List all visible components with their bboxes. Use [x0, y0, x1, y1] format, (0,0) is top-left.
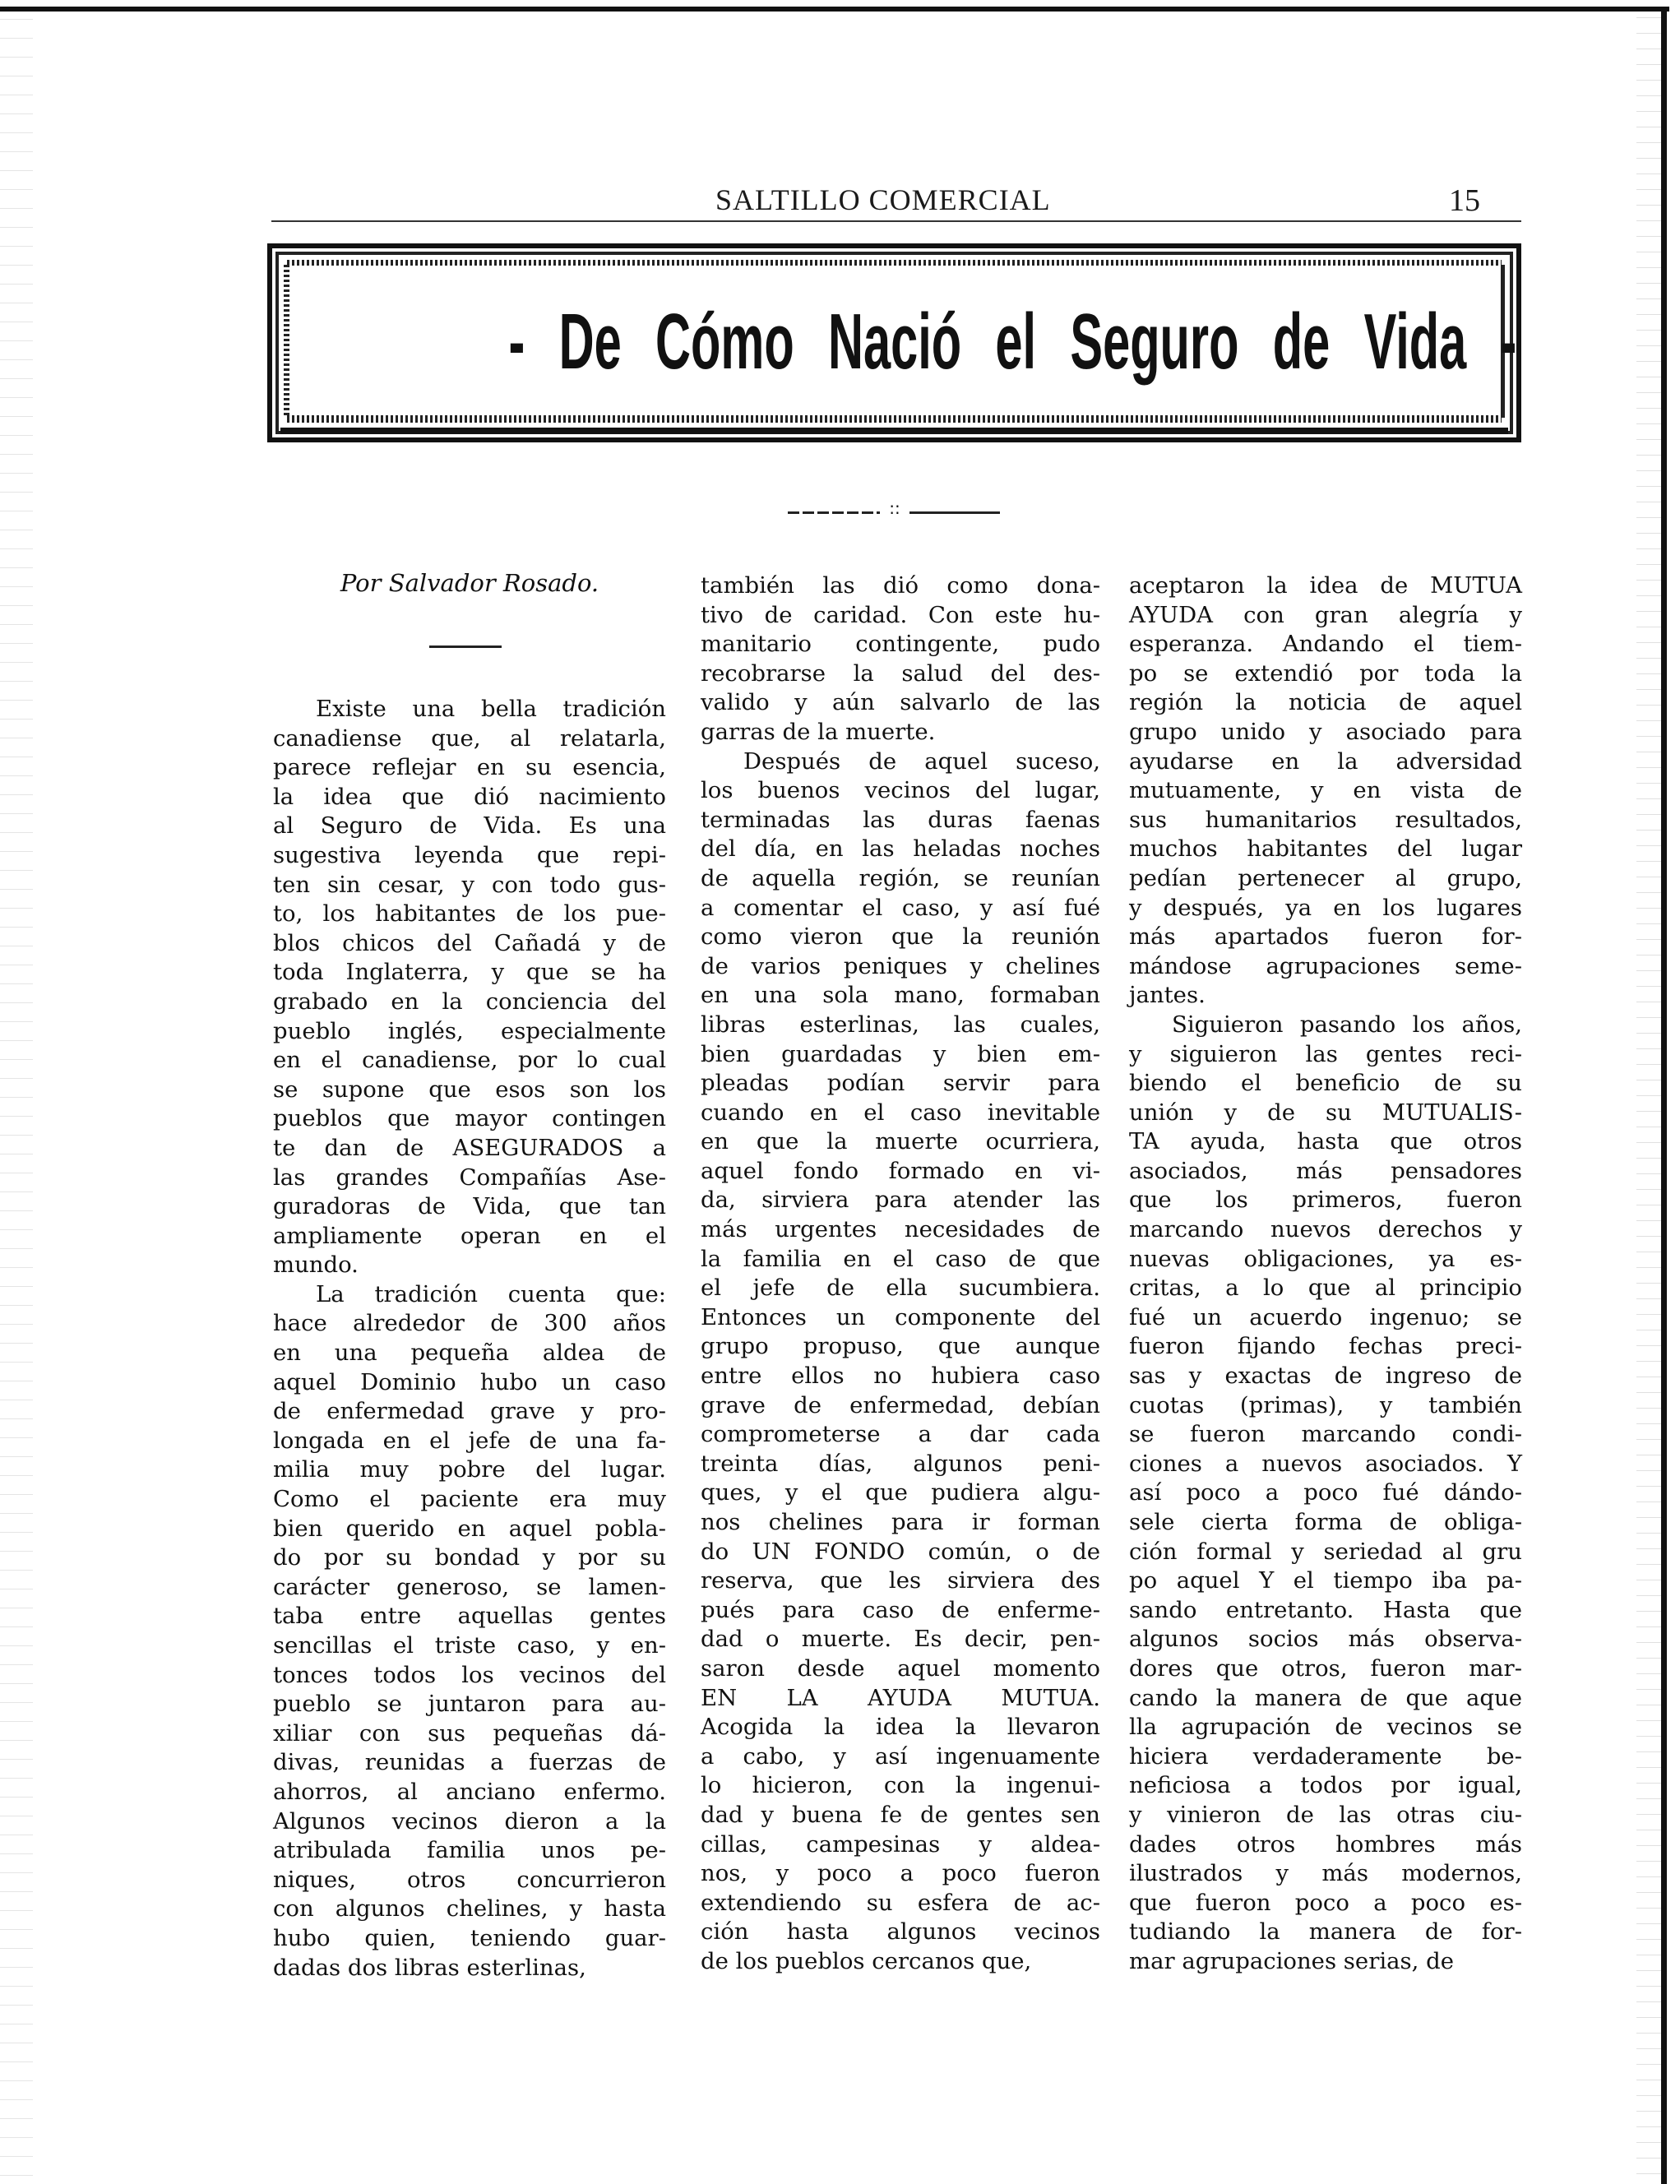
text-line: sencillas el triste caso, y en- — [273, 1631, 666, 1661]
text-line: pleadas podían servir para — [701, 1069, 1100, 1099]
text-line: las grandes Compañías Ase- — [273, 1164, 666, 1193]
text-line: critas, a lo que al principio — [1129, 1274, 1522, 1303]
text-line: neficiosa a todos por igual, — [1129, 1771, 1522, 1801]
text-line: de varios peniques y chelines — [701, 952, 1100, 982]
text-line: tudiando la manera de for- — [1129, 1918, 1522, 1947]
header-rule — [271, 220, 1521, 222]
text-line: cuando en el caso inevitable — [701, 1099, 1100, 1128]
text-line: carácter generoso, se lamen- — [273, 1573, 666, 1603]
text-line: parece reflejar en su esencia, — [273, 753, 666, 783]
page-border-top — [0, 7, 1669, 12]
text-line: Siguieron pasando los años, — [1129, 1011, 1522, 1040]
text-line: lla agrupación de vecinos se — [1129, 1713, 1522, 1742]
text-line: lo hicieron, con la ingenui- — [701, 1771, 1100, 1801]
text-line: Algunos vecinos dieron a la — [273, 1807, 666, 1837]
text-line: Existe una bella tradición — [273, 695, 666, 724]
text-line: nuevas obligaciones, ya es- — [1129, 1245, 1522, 1275]
text-line: mutuamente, y en vista de — [1129, 776, 1522, 806]
text-line: sus humanitarios resultados, — [1129, 806, 1522, 835]
text-line: fueron fijando fechas preci- — [1129, 1332, 1522, 1362]
text-line: atribulada familia unos pe- — [273, 1836, 666, 1866]
text-line: recobrarse la salud del des- — [701, 659, 1100, 689]
text-line: blos chicos del Cañadá y de — [273, 929, 666, 959]
text-line: cillas, campesinas y aldea- — [701, 1830, 1100, 1860]
text-line: te dan de ASEGURADOS a — [273, 1134, 666, 1164]
scan-noise-left — [0, 12, 33, 2182]
text-line: mar agrupaciones serias, de — [1129, 1947, 1522, 1977]
text-line: taba entre aquellas gentes — [273, 1602, 666, 1631]
text-line: el jefe de ella sucumbiera. — [701, 1274, 1100, 1303]
text-line: pedían pertenecer al grupo, — [1129, 864, 1522, 894]
section-separator: :: — [788, 503, 1002, 523]
text-line: fué un acuerdo ingenuo; se — [1129, 1303, 1522, 1333]
text-line: divas, reunidas a fuerzas de — [273, 1748, 666, 1778]
article-title: - De Cómo Nació el Seguro de Vida - — [508, 293, 1280, 391]
text-line: al Seguro de Vida. Es una — [273, 812, 666, 841]
text-line: Entonces un componente del — [701, 1303, 1100, 1333]
text-line: treinta días, algunos peni- — [701, 1450, 1100, 1479]
text-line: La tradición cuenta que: — [273, 1280, 666, 1310]
text-line: más apartados fueron for- — [1129, 923, 1522, 952]
text-line: esperanza. Andando el tiem- — [1129, 630, 1522, 659]
text-line: entre ellos no hubiera caso — [701, 1362, 1100, 1391]
text-line: ahorros, al anciano enfermo. — [273, 1778, 666, 1807]
text-line: que fueron poco a poco es- — [1129, 1889, 1522, 1918]
text-line: pueblos que mayor contingen — [273, 1104, 666, 1134]
text-line: valido y aún salvarlo de las — [701, 688, 1100, 718]
text-line: mándose agrupaciones seme- — [1129, 952, 1522, 982]
text-line: TA ayuda, hasta que otros — [1129, 1127, 1522, 1157]
article-column-3: aceptaron la idea de MUTUAAYUDA con gran… — [1129, 571, 1522, 1977]
text-line: ampliamente operan en el — [273, 1222, 666, 1252]
text-line: saron desde aquel momento — [701, 1654, 1100, 1684]
text-line: to, los habitantes de los pue- — [273, 900, 666, 929]
text-line: da, sirviera para atender las — [701, 1186, 1100, 1215]
text-line: do UN FONDO común, o de — [701, 1538, 1100, 1567]
text-line: dores que otros, fueron mar- — [1129, 1654, 1522, 1684]
text-line: la idea que dió nacimiento — [273, 783, 666, 812]
text-line: los buenos vecinos del lugar, — [701, 776, 1100, 806]
text-line: aceptaron la idea de MUTUA — [1129, 571, 1522, 601]
text-line: dadas dos libras esterlinas, — [273, 1954, 666, 1983]
text-line: grabado en la conciencia del — [273, 988, 666, 1017]
text-line: y vinieron de las otras ciu- — [1129, 1801, 1522, 1830]
text-line: ques, y el que pudiera algu- — [701, 1478, 1100, 1508]
text-line: tivo de caridad. Con este hu- — [701, 601, 1100, 631]
text-line: Acogida la idea la llevaron — [701, 1713, 1100, 1742]
text-line: como vieron que la reunión — [701, 923, 1100, 952]
text-line: canadiense que, al relatarla, — [273, 724, 666, 754]
text-line: sugestiva leyenda que repi- — [273, 841, 666, 871]
text-line: también las dió como dona- — [701, 571, 1100, 601]
text-line: región la noticia de aquel — [1129, 688, 1522, 718]
text-line: más urgentes necesidades de — [701, 1215, 1100, 1245]
text-line: dades otros hombres más — [1129, 1830, 1522, 1860]
text-line: libras esterlinas, las cuales, — [701, 1011, 1100, 1040]
text-line: biendo el beneficio de su — [1129, 1069, 1522, 1099]
text-line: ilustrados y más modernos, — [1129, 1859, 1522, 1889]
text-line: que los primeros, fueron — [1129, 1186, 1522, 1215]
text-line: po se extendió por toda la — [1129, 659, 1522, 689]
text-line: do por su bondad y por su — [273, 1543, 666, 1573]
text-line: sas y exactas de ingreso de — [1129, 1362, 1522, 1391]
text-line: pués para caso de enferme- — [701, 1596, 1100, 1626]
text-line: dad o muerte. Es decir, pen- — [701, 1625, 1100, 1654]
text-line: cando la manera de que aque — [1129, 1684, 1522, 1714]
page-border-right — [1661, 7, 1667, 2184]
text-line: guradoras de Vida, que tan — [273, 1192, 666, 1222]
text-line: así poco a poco fué dándo- — [1129, 1478, 1522, 1508]
ornamental-border-bottom — [287, 415, 1502, 423]
separator-dots-icon: :: — [885, 503, 905, 523]
separator-line-left — [788, 511, 880, 514]
text-line: en una pequeña aldea de — [273, 1339, 666, 1368]
byline: Por Salvador Rosado. — [273, 569, 666, 597]
text-line: po aquel Y el tiempo iba pa- — [1129, 1566, 1522, 1596]
article-title-box: - De Cómo Nació el Seguro de Vida - — [267, 243, 1521, 442]
article-column-2: también las dió como dona-tivo de carida… — [701, 571, 1100, 1977]
text-line: Después de aquel suceso, — [701, 747, 1100, 777]
text-line: se fueron marcando condi- — [1129, 1420, 1522, 1450]
separator-line-right — [909, 511, 1000, 514]
text-line: pueblo inglés, especialmente — [273, 1017, 666, 1047]
text-line: Como el paciente era muy — [273, 1485, 666, 1515]
text-line: mundo. — [273, 1251, 666, 1280]
text-line: longada en el jefe de una fa- — [273, 1427, 666, 1456]
text-line: muchos habitantes del lugar — [1129, 835, 1522, 864]
scan-noise-right — [1636, 12, 1661, 2182]
text-line: toda Inglaterra, y que se ha — [273, 958, 666, 988]
text-line: en que la muerte ocurriera, — [701, 1127, 1100, 1157]
text-line: AYUDA con gran alegría y — [1129, 601, 1522, 631]
text-line: unión y de su MUTUALIS- — [1129, 1099, 1522, 1128]
text-line: reserva, que les sirviera des — [701, 1566, 1100, 1596]
text-line: nos, y poco a poco fueron — [701, 1859, 1100, 1889]
text-line: hace alrededor de 300 años — [273, 1309, 666, 1339]
text-line: a comentar el caso, y así fué — [701, 894, 1100, 923]
running-head: SALTILLO COMERCIAL 15 — [271, 183, 1521, 224]
text-line: de aquella región, se reunían — [701, 864, 1100, 894]
text-line: EN LA AYUDA MUTUA. — [701, 1684, 1100, 1714]
text-line: terminadas las duras faenas — [701, 806, 1100, 835]
text-line: hubo quien, teniendo guar- — [273, 1924, 666, 1954]
text-line: aquel fondo formado en vi- — [701, 1157, 1100, 1187]
text-line: del día, en las heladas noches — [701, 835, 1100, 864]
text-line: y después, ya en los lugares — [1129, 894, 1522, 923]
text-line: comprometerse a dar cada — [701, 1420, 1100, 1450]
text-line: grupo unido y asociado para — [1129, 718, 1522, 747]
ornamental-border-left — [284, 265, 289, 418]
text-line: de enfermedad grave y pro- — [273, 1397, 666, 1427]
ornamental-border-top — [287, 260, 1502, 266]
text-line: garras de la muerte. — [701, 718, 1100, 747]
text-line: extendiendo su esfera de ac- — [701, 1889, 1100, 1918]
byline-rule — [429, 645, 502, 648]
text-line: y siguieron las gentes reci- — [1129, 1040, 1522, 1070]
page-number: 15 — [1449, 183, 1480, 219]
text-line: bien querido en aquel pobla- — [273, 1515, 666, 1544]
text-line: ción formal y seriedad al gru — [1129, 1538, 1522, 1567]
text-line: manitario contingente, pudo — [701, 630, 1100, 659]
text-line: grave de enfermedad, debían — [701, 1391, 1100, 1421]
text-line: sele cierta forma de obliga- — [1129, 1508, 1522, 1538]
text-line: en una sola mano, formaban — [701, 981, 1100, 1011]
text-line: con algunos chelines, y hasta — [273, 1895, 666, 1924]
text-line: hiciera verdaderamente be- — [1129, 1742, 1522, 1772]
text-line: jantes. — [1129, 981, 1522, 1011]
ornamental-border-thick — [280, 428, 1508, 434]
text-line: ayudarse en la adversidad — [1129, 747, 1522, 777]
text-line: de los pueblos cercanos que, — [701, 1947, 1100, 1977]
text-line: pueblo se juntaron para au- — [273, 1690, 666, 1719]
text-line: ción hasta algunos vecinos — [701, 1918, 1100, 1947]
text-line: marcando nuevos derechos y — [1129, 1215, 1522, 1245]
text-line: cuotas (primas), y también — [1129, 1391, 1522, 1421]
text-line: asociados, más pensadores — [1129, 1157, 1522, 1187]
article-column-1: Existe una bella tradicióncanadiense que… — [273, 695, 666, 1983]
text-line: ciones a nuevos asociados. Y — [1129, 1450, 1522, 1479]
text-line: niques, otros concurrieron — [273, 1866, 666, 1895]
text-line: en el canadiense, por lo cual — [273, 1046, 666, 1076]
text-line: nos chelines para ir forman — [701, 1508, 1100, 1538]
text-line: la familia en el caso de que — [701, 1245, 1100, 1275]
text-line: algunos socios más observa- — [1129, 1625, 1522, 1654]
text-line: xiliar con sus pequeñas dá- — [273, 1719, 666, 1749]
text-line: milia muy pobre del lugar. — [273, 1455, 666, 1485]
publication-title: SALTILLO COMERCIAL — [715, 183, 1051, 217]
text-line: se supone que esos son los — [273, 1076, 666, 1105]
text-line: tonces todos los vecinos del — [273, 1661, 666, 1691]
text-line: a cabo, y así ingenuamente — [701, 1742, 1100, 1772]
text-line: bien guardadas y bien em- — [701, 1040, 1100, 1070]
text-line: ten sin cesar, y con todo gus- — [273, 871, 666, 900]
text-line: aquel Dominio hubo un caso — [273, 1368, 666, 1398]
text-line: sando entretanto. Hasta que — [1129, 1596, 1522, 1626]
text-line: dad y buena fe de gentes sen — [701, 1801, 1100, 1830]
text-line: grupo propuso, que aunque — [701, 1332, 1100, 1362]
